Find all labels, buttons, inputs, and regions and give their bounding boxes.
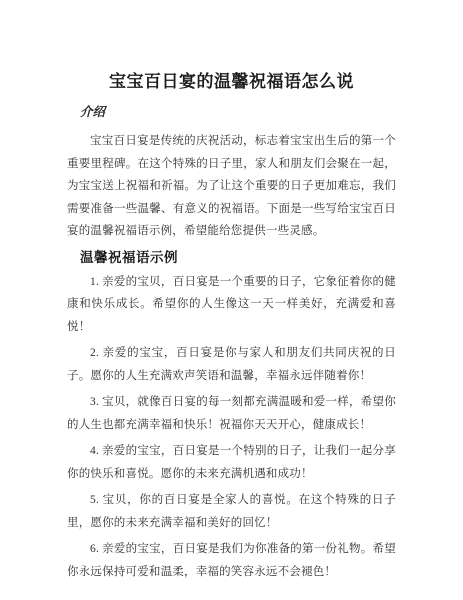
intro-paragraph: 宝宝百日宴是传统的庆祝活动，标志着宝宝出生后的第一个重要里程碑。在这个特殊的日子… [67,130,396,243]
blessing-item: 3. 宝贝，就像百日宴的每一刻都充满温暖和爱一样，希望你的人生也都充满幸福和快乐… [67,391,396,436]
document-content: 介绍 宝宝百日宴是传统的庆祝活动，标志着宝宝出生后的第一个重要里程碑。在这个特殊… [67,104,396,583]
blessing-item: 5. 宝贝，你的百日宴是全家人的喜悦。在这个特殊的日子里，愿你的未来充满幸福和美… [67,489,396,534]
document-page: 宝宝百日宴的温馨祝福语怎么说 介绍 宝宝百日宴是传统的庆祝活动，标志着宝宝出生后… [0,0,463,600]
blessing-item: 1. 亲爱的宝贝，百日宴是一个重要的日子，它象征着你的健康和快乐成长。希望你的人… [67,271,396,339]
blessing-item: 4. 亲爱的宝宝，百日宴是一个特别的日子，让我们一起分享你的快乐和喜悦。愿你的未… [67,440,396,485]
examples-heading: 温馨祝福语示例 [80,249,396,267]
blessing-item: 6. 亲爱的宝宝，百日宴是我们为你准备的第一份礼物。希望你永远保持可爱和温柔，幸… [67,538,396,583]
blessing-item: 2. 亲爱的宝宝，百日宴是你与家人和朋友们共同庆祝的日子。愿你的人生充满欢声笑语… [67,342,396,387]
intro-heading: 介绍 [80,104,396,120]
page-title: 宝宝百日宴的温馨祝福语怎么说 [40,72,423,92]
